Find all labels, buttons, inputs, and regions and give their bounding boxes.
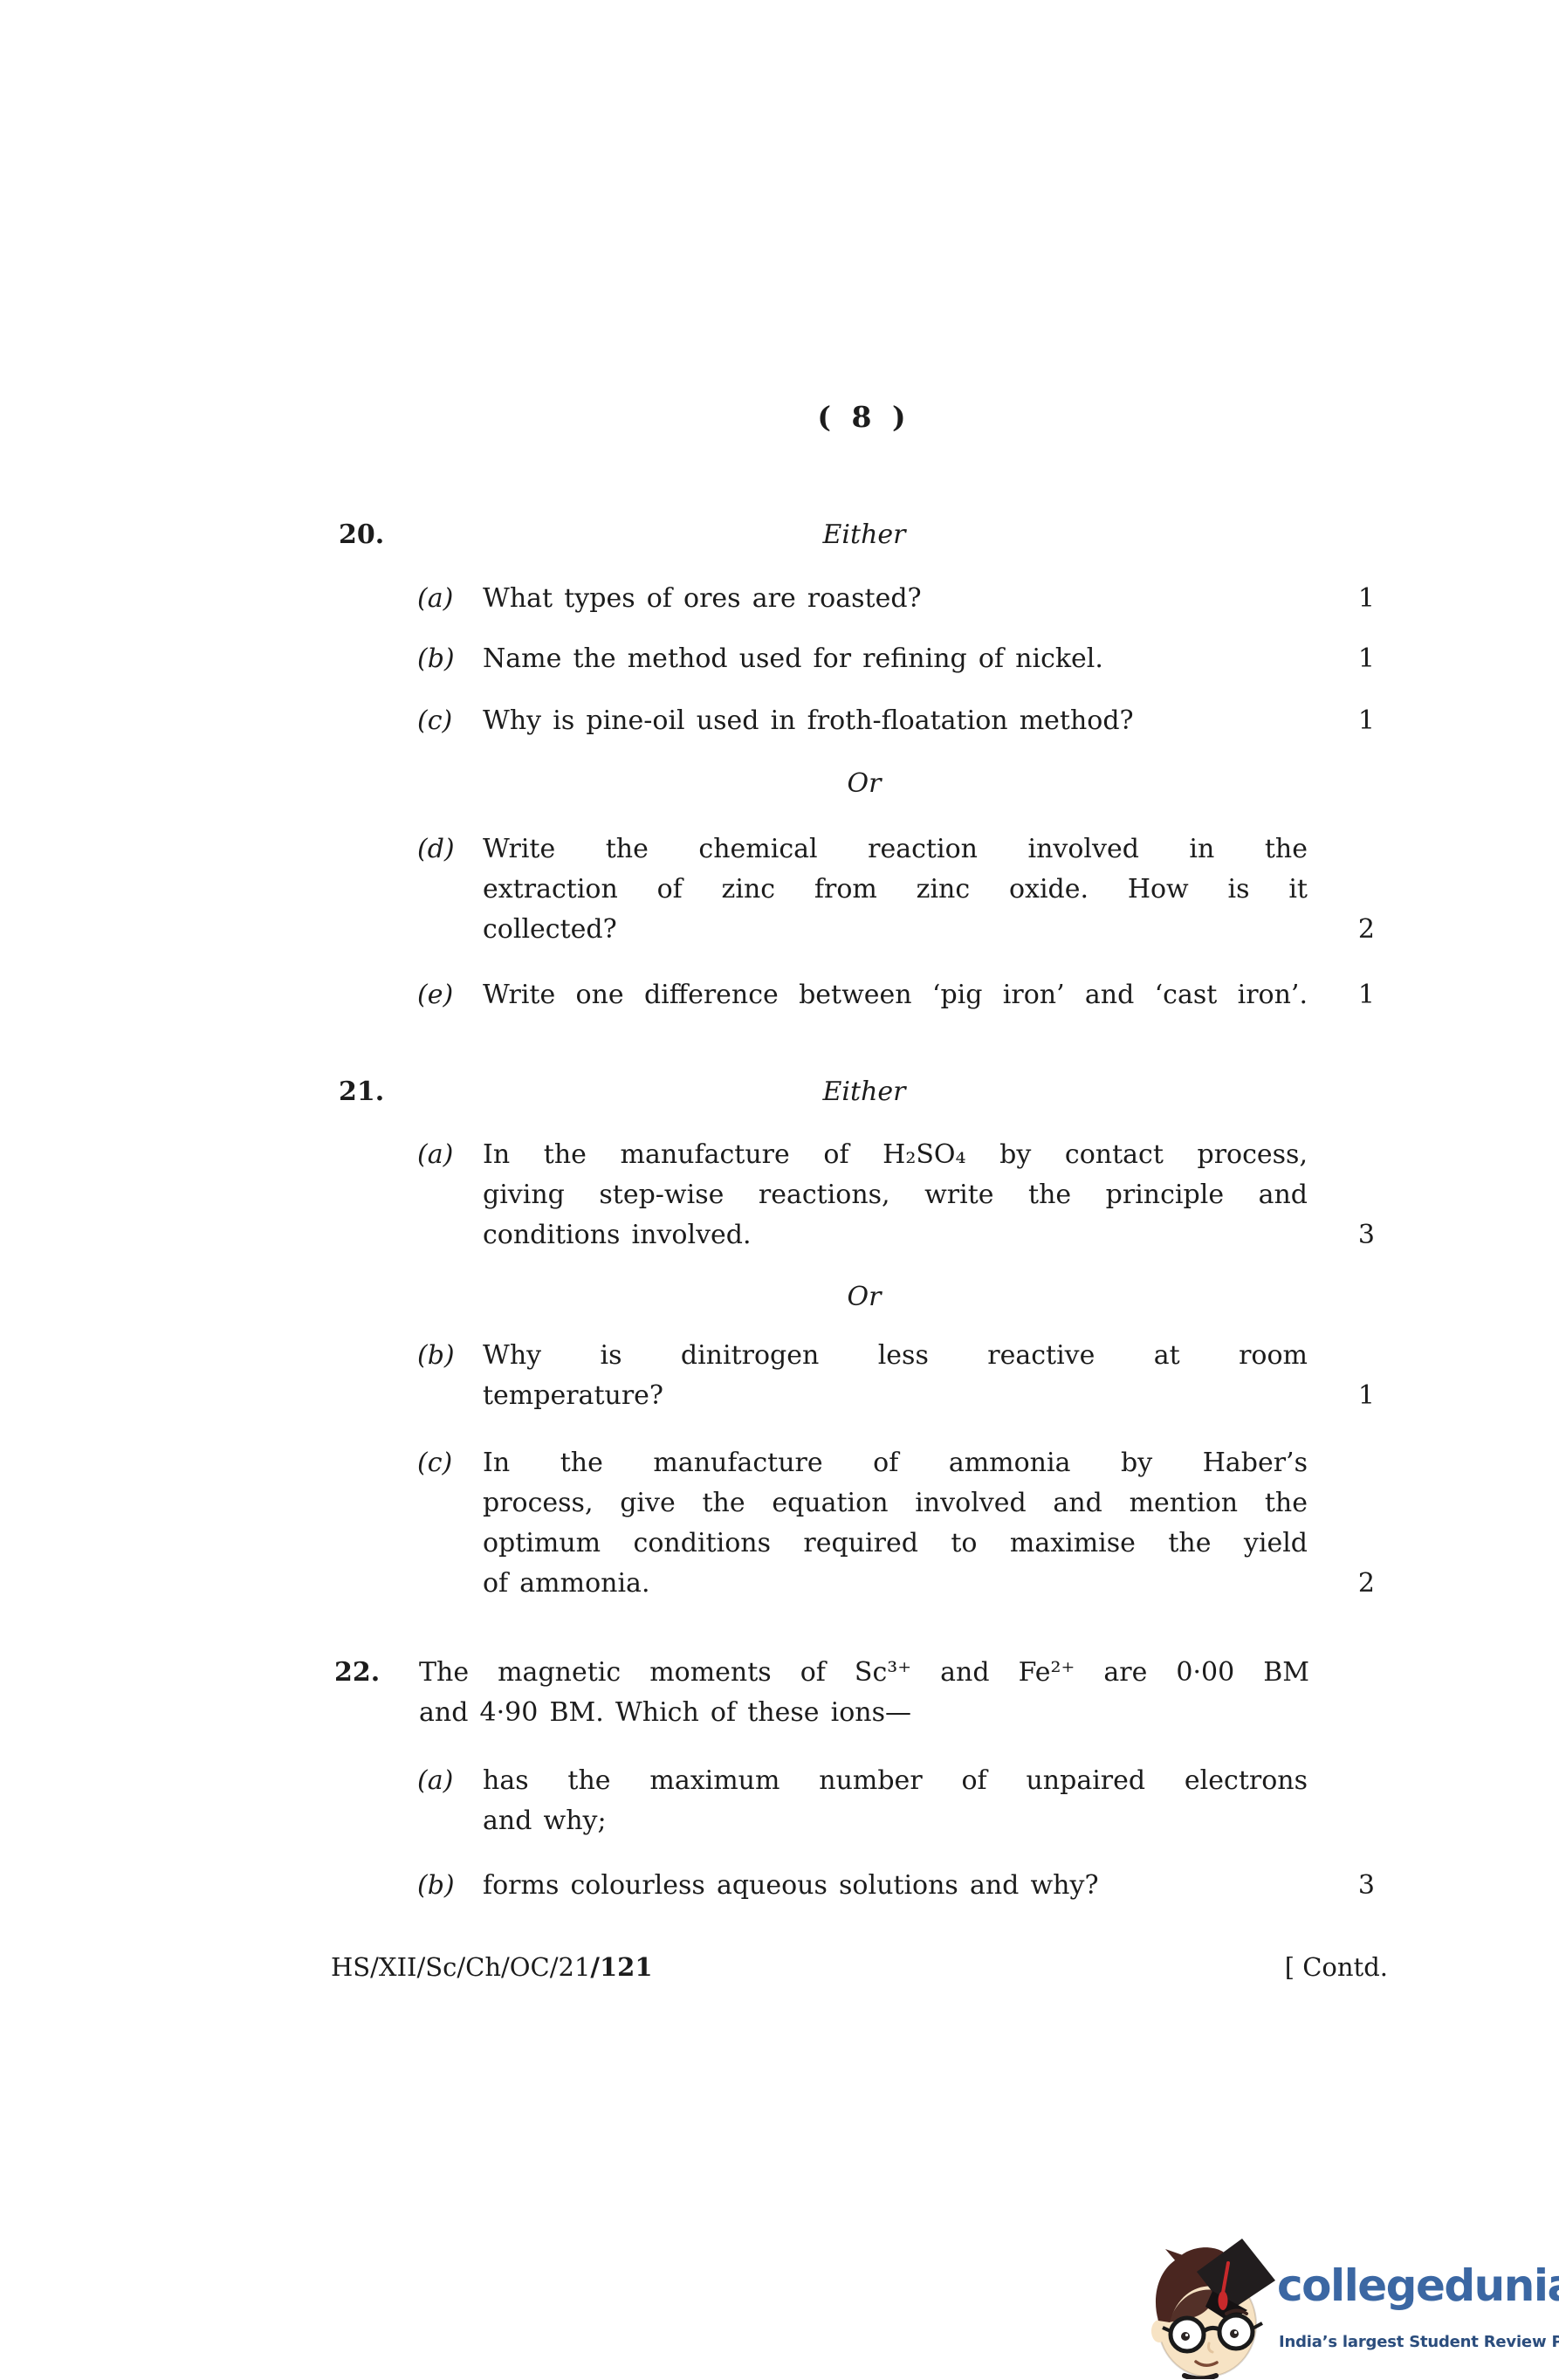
q20-item-a-marks: 1 [1358, 579, 1375, 619]
paper-code-suffix: /121 [590, 1952, 652, 1982]
q20-item-e-text: Write one difference between ‘pig iron’ … [483, 975, 1308, 1015]
q22-item-a-line-2: and why; [483, 1801, 1308, 1841]
q20-item-b-text: Name the method used for refining of nic… [483, 639, 1308, 679]
q21-or-divider: Or [323, 1277, 1405, 1317]
q20-item-d-marks: 2 [1358, 910, 1375, 950]
graduate-student-mascot-icon [1146, 2235, 1277, 2379]
q20-item-d-label: (d) [417, 829, 483, 950]
paper-code: HS/XII/Sc/Ch/OC/21/121 [331, 1947, 653, 1987]
q20-item-a-label: (a) [417, 579, 483, 619]
collegedunia-wordmark: collegedunia.com [1277, 2261, 1559, 2310]
page-footer: HS/XII/Sc/Ch/OC/21/121 [ Contd. [323, 1947, 1405, 1987]
q21-item-a-line-2: giving step-wise reactions, write the pr… [483, 1175, 1308, 1215]
q20-item-c-label: (c) [417, 701, 483, 741]
q21-item-a-line-1: In the manufacture of H₂SO₄ by contact p… [483, 1135, 1308, 1175]
q21-item-c-marks: 2 [1358, 1564, 1375, 1604]
collegedunia-logo: collegedunia.com India’s largest Student… [1139, 2226, 1554, 2380]
q21-item-b-line-2: temperature? [483, 1376, 1308, 1416]
q21-item-c-line-2: process, give the equation involved and … [483, 1483, 1308, 1524]
q21-item-a-label: (a) [417, 1135, 483, 1255]
q22-item-a-line-1: has the maximum number of unpaired elect… [483, 1761, 1308, 1801]
q22-intro-line-2: and 4·90 BM. Which of these ions— [419, 1693, 1309, 1733]
q20-item-e-label: (e) [417, 975, 483, 1015]
q22-item-b-label: (b) [417, 1866, 483, 1906]
question-21-header: 21. Either [323, 1072, 1405, 1112]
q21-item-b: (b) Why is dinitrogen less reactive at r… [417, 1336, 1405, 1416]
q20-item-a-text: What types of ores are roasted? [483, 579, 1308, 619]
q21-item-c-label: (c) [417, 1443, 483, 1604]
q21-item-b-marks: 1 [1358, 1376, 1375, 1416]
q21-item-c-line-1: In the manufacture of ammonia by Haber’s [483, 1443, 1308, 1483]
question-20-header: 20. Either [323, 515, 1405, 555]
q20-item-b: (b) Name the method used for refining of… [417, 639, 1405, 679]
question-22-number: 22. [334, 1653, 380, 1693]
q20-item-d-line-1: Write the chemical reaction involved in … [483, 829, 1308, 870]
page-content: ( 8 ) 20. Either (a) What types of ores … [323, 397, 1405, 1987]
q20-item-d: (d) Write the chemical reaction involved… [417, 829, 1405, 950]
q21-item-a: (a) In the manufacture of H₂SO₄ by conta… [417, 1135, 1405, 1255]
q21-item-a-line-3: conditions involved. [483, 1215, 1308, 1255]
q22-item-b-text: forms colourless aqueous solutions and w… [483, 1866, 1308, 1906]
paper-code-prefix: HS/XII/Sc/Ch/OC/21 [331, 1952, 590, 1982]
q20-item-c-text: Why is pine-oil used in froth-floatation… [483, 701, 1308, 741]
question-21-heading: Either [823, 1077, 906, 1107]
brand-text: collegedunia [1277, 2261, 1559, 2310]
q20-item-e: (e) Write one difference between ‘pig ir… [417, 975, 1405, 1015]
q20-item-b-marks: 1 [1358, 639, 1375, 679]
q22-item-a-label: (a) [417, 1761, 483, 1841]
q20-item-d-line-2: extraction of zinc from zinc oxide. How … [483, 870, 1308, 910]
q22-item-a: (a) has the maximum number of unpaired e… [417, 1761, 1405, 1841]
q20-item-b-label: (b) [417, 639, 483, 679]
q20-item-a: (a) What types of ores are roasted? 1 [417, 579, 1405, 619]
q22-item-b: (b) forms colourless aqueous solutions a… [417, 1866, 1405, 1906]
q20-item-d-line-3: collected? [483, 910, 1308, 950]
contd-note: [ Contd. [1285, 1947, 1388, 1987]
brand-tagline: India’s largest Student Review Platform [1279, 2333, 1559, 2351]
q21-item-c-line-3: optimum conditions required to maximise … [483, 1524, 1308, 1564]
q20-or-divider: Or [323, 764, 1405, 804]
q22-item-b-marks: 3 [1358, 1866, 1375, 1906]
question-21-number: 21. [339, 1072, 384, 1112]
q20-item-c-marks: 1 [1358, 701, 1375, 741]
page-number: ( 8 ) [323, 397, 1405, 437]
q20-item-e-marks: 1 [1358, 975, 1375, 1015]
q21-item-b-line-1: Why is dinitrogen less reactive at room [483, 1336, 1308, 1376]
exam-paper-page: ( 8 ) 20. Either (a) What types of ores … [0, 0, 1559, 2380]
q21-item-a-marks: 3 [1358, 1215, 1375, 1255]
question-22-header: 22. The magnetic moments of Sc³⁺ and Fe²… [419, 1653, 1309, 1733]
question-20-number: 20. [339, 515, 384, 555]
q21-item-b-label: (b) [417, 1336, 483, 1416]
q20-item-c: (c) Why is pine-oil used in froth-floata… [417, 701, 1405, 741]
question-20-heading: Either [823, 519, 906, 550]
q21-item-c: (c) In the manufacture of ammonia by Hab… [417, 1443, 1405, 1604]
q22-intro-line-1: The magnetic moments of Sc³⁺ and Fe²⁺ ar… [419, 1653, 1309, 1693]
q21-item-c-line-4: of ammonia. [483, 1564, 1308, 1604]
